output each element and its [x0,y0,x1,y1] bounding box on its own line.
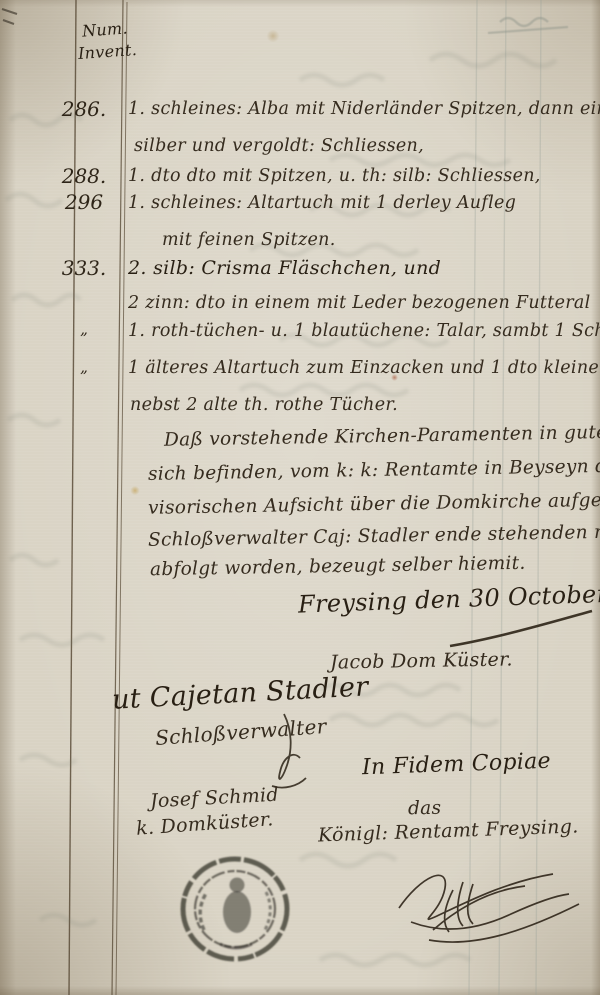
certification-das: das [408,798,442,820]
attestation-line: sich befinden, vom k: k: Rentamte in Bey… [148,454,600,485]
attestation-line: Schloßverwalter Caj: Stadler ende stehen… [148,520,600,551]
inventory-number: 296 [52,190,116,214]
entry-line: 1. schleines: Altartuch mit 1 derley Auf… [128,193,516,213]
column-rules [69,0,127,995]
clerk-signature-flourish [393,860,593,960]
entry-line: 2 zinn: dto in einem mit Leder bezogenen… [128,293,591,313]
entry-line: 2. silb: Crisma Fläschchen, und [128,257,441,279]
column-header-invent: Invent. [77,40,137,63]
attestation-line: visorischen Aufsicht über die Domkirche … [148,488,600,519]
attestation-line: Daß vorstehende Kirchen-Paramenten in gu… [164,420,600,450]
entry-line: 1. dto dto mit Spitzen, u. th: silb: Sch… [128,166,541,186]
ditto-mark: „ [52,358,116,376]
date-underline-flourish [450,611,592,646]
entry-line: nebst 2 alte th. rothe Tücher. [130,395,398,415]
attestation-line: abfolgt worden, bezeugt selber hiemit. [150,553,526,581]
stain-spot [130,486,140,495]
inventory-number: 288. [52,164,116,188]
certification-rentamt: Königl: Rentamt Freysing. [318,815,579,846]
inventory-number: 333. [52,256,116,280]
entry-line: silber und vergoldt: Schliessen, [134,136,424,156]
manuscript-page: Num. Invent. 286. 1. schleines: Alba mit… [0,0,600,995]
witness-line: Jacob Dom Küster. [330,648,513,673]
column-header-num: Num. [81,18,128,40]
entry-line: 1. roth-tüchen- u. 1 blautüchene: Talar,… [128,321,600,341]
signature-stadler-title: Schloßverwalter [154,714,327,750]
signature-stadler-name: ut Cajetan Stadler [111,671,369,715]
dateline: Freysing den 30 October 1821 [298,577,600,618]
entry-line: 1 älteres Altartuch zum Einzacken und 1 … [128,358,600,378]
top-right-ghost-mark [488,18,568,33]
certification-in-fidem: In Fidem Copiae [362,749,552,781]
signature-schmid-title: k. Domküster. [135,808,274,840]
round-ink-seal-icon [174,852,296,966]
ditto-mark: „ [52,320,116,338]
inventory-number: 286. [52,97,116,121]
entry-line: mit feinen Spitzen. [162,230,336,250]
stain-spot [266,30,280,42]
edge-scribble [2,9,17,24]
entry-line: 1. schleines: Alba mit Niderländer Spitz… [128,99,600,119]
signature-schmid-name: Josef Schmid [150,784,280,813]
